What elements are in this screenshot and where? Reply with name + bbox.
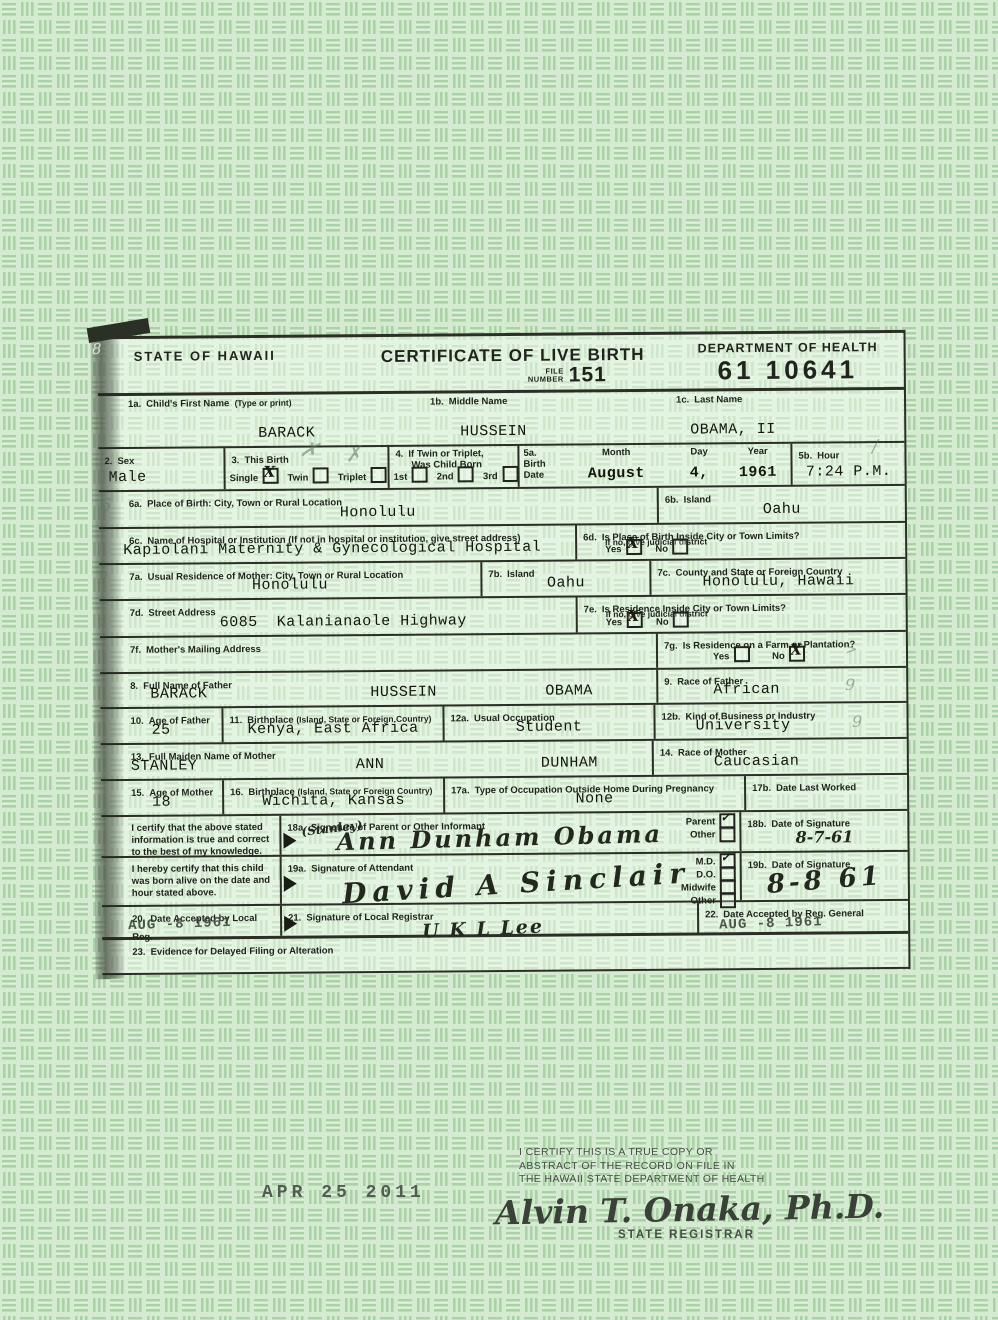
pencil-mark: 9	[845, 675, 855, 694]
field-7d-label: 7d.Street Address	[130, 607, 216, 619]
informant-type-checkboxes: Parent✓ Other	[686, 815, 736, 841]
margin-mark: 8	[92, 340, 102, 358]
mother-last-name: DUNHAM	[541, 754, 598, 771]
file-number-value: 151	[569, 363, 607, 387]
field-5a-label: 5a.BirthDate	[519, 446, 559, 487]
father-industry: University	[696, 717, 791, 735]
state-registrar-title: STATE REGISTRAR	[618, 1229, 755, 1241]
field-19a-label: 19a.Signature of Attendant	[288, 863, 414, 875]
twin-checkbox	[313, 467, 329, 483]
7g-no-checkbox: X	[789, 646, 805, 662]
margin-mark: 6	[100, 495, 111, 516]
form-header: STATE OF HAWAII CERTIFICATE OF LIVE BIRT…	[98, 333, 904, 396]
reg-general-date-stamp: AUG -8 1961	[719, 914, 823, 934]
pencil-mark: ✗	[343, 441, 363, 467]
margin-mark: y	[98, 565, 107, 584]
signature-arrow-icon	[284, 916, 297, 932]
informant-statement: I certify that the above stated informat…	[131, 818, 275, 859]
certificate-title: CERTIFICATE OF LIVE BIRTH	[348, 345, 678, 368]
field-17b-label: 17b.Date Last Worked	[752, 782, 856, 794]
child-last-name: OBAMA, II	[690, 421, 776, 439]
father-birthplace: Kenya, East Africa	[224, 719, 443, 738]
mother-birthplace: Wichita, Kansas	[224, 791, 443, 810]
mailing-address	[100, 664, 656, 668]
hospital-name: Kapiolani Maternity & Gynecological Hosp…	[123, 539, 541, 559]
father-middle-name: HUSSEIN	[370, 684, 437, 702]
7g-yes-no: Yes No X	[713, 646, 805, 665]
field-5b-label: 5b.Hour	[798, 450, 839, 461]
mother-occupation: None	[445, 789, 744, 808]
true-copy-certification: I CERTIFY THIS IS A TRUE COPY OR ABSTRAC…	[519, 1146, 765, 1187]
file-number-block: FILE NUMBER 151	[528, 363, 607, 388]
row-informant-signature: I certify that the above stated informat…	[101, 811, 907, 858]
birth-day: Day 4,	[673, 444, 725, 485]
row-street-address: 7d.Street Address 6085 Kalanianaole High…	[100, 595, 906, 638]
residence-city: Honolulu	[99, 575, 480, 595]
mother-race: Caucasian	[714, 753, 800, 771]
father-last-name: OBAMA	[545, 682, 593, 699]
certificate-number: 61 10641	[683, 354, 893, 387]
7e-no-checkbox	[673, 612, 689, 628]
second-checkbox	[458, 466, 474, 482]
7g-yes-checkbox	[734, 646, 750, 662]
file-number-label: FILE NUMBER	[528, 368, 564, 384]
field-1c-label: 1c.Last Name	[676, 394, 742, 406]
margin-mark: 7	[96, 615, 106, 633]
row-attendant-signature: I hereby certify that this child was bor…	[102, 852, 908, 907]
third-checkbox	[502, 466, 518, 482]
twin-order-options: 1st 2nd 3rd	[394, 466, 519, 485]
this-birth-options: Single X Twin Triplet	[230, 467, 387, 486]
signature-arrow-icon	[283, 833, 296, 849]
birth-certificate-form: STATE OF HAWAII CERTIFICATE OF LIVE BIRT…	[98, 330, 911, 975]
birth-hour: 7:24 P.M.	[793, 463, 905, 481]
6d-no-checkbox	[672, 539, 688, 555]
father-occupation: Student	[445, 718, 654, 737]
field-1a-label: 1a.Child's First Name (Type or print)	[128, 398, 292, 410]
father-first-name: BARACK	[150, 685, 207, 702]
7e-yes-no: Yes X No	[606, 612, 689, 631]
birth-island: Oahu	[659, 500, 905, 519]
state-title: STATE OF HAWAII	[134, 348, 276, 364]
field-1b-label: 1b.Middle Name	[430, 396, 507, 408]
row-birth-details: 2.Sex Male 3.This Birth Single X Twin Tr…	[98, 443, 904, 492]
field-23-label: 23.Evidence for Delayed Filing or Altera…	[132, 945, 333, 958]
received-date-stamp: APR 25 2011	[262, 1183, 425, 1203]
street-address: 6085 Kalanianaole Highway	[220, 612, 467, 631]
date-last-worked	[746, 805, 907, 806]
row-place-of-birth: 6a.Place of Birth: City, Town or Rural L…	[99, 486, 905, 529]
mother-middle-name: ANN	[356, 756, 385, 773]
birth-year: Year 1961	[725, 444, 791, 486]
6d-yes-no: Yes X No	[605, 539, 688, 558]
mother-first-name: STANLEY	[131, 757, 198, 775]
local-reg-date-stamp: AUG -8 1961	[128, 915, 232, 935]
6d-yes-checkbox: X	[626, 539, 642, 555]
field-3-label: 3.This Birth	[231, 455, 288, 466]
birth-city: Honolulu	[99, 502, 657, 523]
field-7f-label: 7f.Mother's Mailing Address	[130, 644, 261, 656]
informant-signature-date: 8-7-61	[741, 827, 907, 847]
first-checkbox	[412, 467, 428, 483]
father-race: African	[713, 681, 780, 699]
row-delayed-filing: 23.Evidence for Delayed Filing or Altera…	[102, 934, 908, 976]
attendant-type-checkboxes: M.D.✓ D.O. Midwife Other	[681, 855, 736, 907]
row-child-name: 1a.Child's First Name (Type or print) 1b…	[98, 390, 904, 449]
7e-yes-checkbox: X	[627, 612, 643, 628]
child-middle-name: HUSSEIN	[460, 423, 527, 441]
field-21-label: 21.Signature of Local Registrar	[288, 912, 434, 924]
single-checkbox: X	[263, 468, 279, 484]
book-spine-shadow	[90, 333, 124, 979]
signature-arrow-icon	[284, 876, 297, 892]
scanned-birth-certificate-page: STATE OF HAWAII CERTIFICATE OF LIVE BIRT…	[0, 0, 998, 1320]
pencil-mark: 9	[852, 712, 862, 731]
state-registrar-signature: Alvin T. Onaka, Ph.D.	[495, 1187, 885, 1233]
pencil-mark: >	[845, 640, 858, 658]
attendant-statement: I hereby certify that this child was bor…	[132, 859, 276, 900]
pencil-mark: /	[872, 436, 878, 457]
birth-month: Month August	[559, 445, 673, 487]
triplet-checkbox	[371, 467, 387, 483]
residence-island: Oahu	[482, 574, 649, 592]
other-informant-checkbox	[719, 826, 735, 842]
residence-county: Honolulu, Hawaii	[651, 572, 905, 591]
